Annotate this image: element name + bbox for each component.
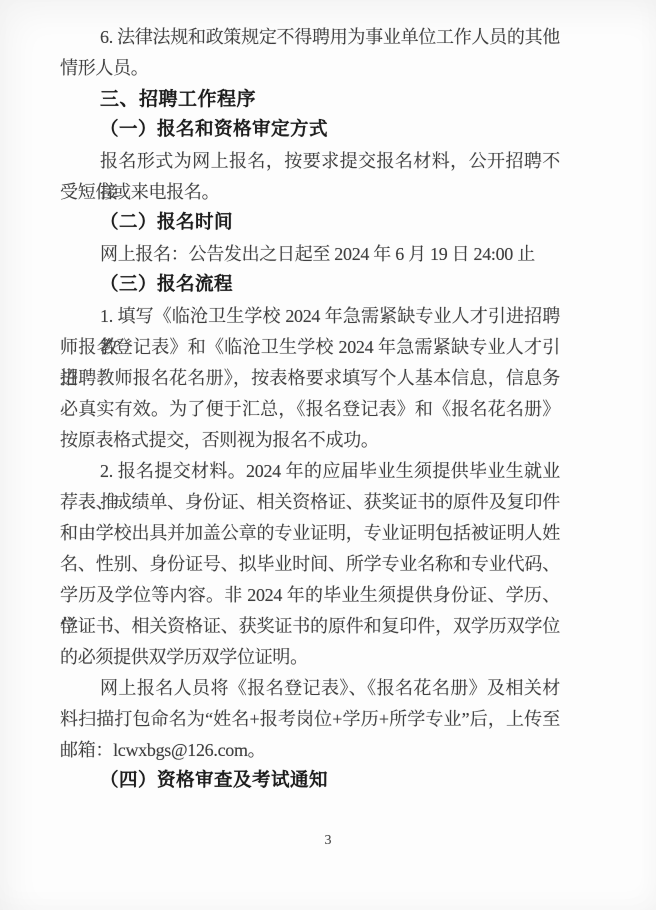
section-heading: （四）资格审查及考试通知	[60, 766, 560, 797]
text-line: 师报名登记表》和《临沧卫生学校 2024 年急需紧缺专业人才引进	[60, 332, 560, 363]
document-page: 6. 法律法规和政策规定不得聘用为事业单位工作人员的其他情形人员。三、招聘工作程…	[0, 0, 656, 910]
document-lines: 6. 法律法规和政策规定不得聘用为事业单位工作人员的其他情形人员。三、招聘工作程…	[0, 0, 656, 797]
text-line: 网上报名人员将《报名登记表》、《报名花名册》及相关材	[60, 673, 560, 704]
section-heading: （二）报名时间	[60, 208, 560, 239]
text-line: 报名形式为网上报名，按要求提交报名材料，公开招聘不接	[60, 146, 560, 177]
text-line: 学历及学位等内容。非 2024 年的毕业生须提供身份证、学历、学	[60, 580, 560, 611]
text-line: 情形人员。	[60, 53, 560, 84]
text-line: 招聘教师报名花名册》，按表格要求填写个人基本信息，信息务	[60, 363, 560, 394]
text-line: 荐表、成绩单、身份证、相关资格证、获奖证书的原件及复印件	[60, 487, 560, 518]
text-line: 必真实有效。为了便于汇总，《报名登记表》和《报名花名册》	[60, 394, 560, 425]
section-heading: （三）报名流程	[60, 270, 560, 301]
text-line: 和由学校出具并加盖公章的专业证明，专业证明包括被证明人姓	[60, 518, 560, 549]
text-line: 2. 报名提交材料。2024 年的应届毕业生须提供毕业生就业推	[60, 456, 560, 487]
text-line: 1. 填写《临沧卫生学校 2024 年急需紧缺专业人才引进招聘教	[60, 301, 560, 332]
text-line: 名、性别、身份证号、拟毕业时间、所学专业名称和专业代码、	[60, 549, 560, 580]
text-line: 受短信或来电报名。	[60, 177, 560, 208]
section-heading: （一）报名和资格审定方式	[60, 115, 560, 146]
text-line: 的必须提供双学历双学位证明。	[60, 642, 560, 673]
text-line: 料扫描打包命名为“姓名+报考岗位+学历+所学专业”后，上传至	[60, 704, 560, 735]
text-line: 6. 法律法规和政策规定不得聘用为事业单位工作人员的其他	[60, 22, 560, 53]
text-line: 位证书、相关资格证、获奖证书的原件和复印件，双学历双学位	[60, 611, 560, 642]
section-heading: 三、招聘工作程序	[60, 84, 560, 115]
page-number: 3	[0, 833, 656, 849]
text-line: 邮箱：lcwxbgs@126.com。	[60, 735, 560, 766]
text-line: 按原表格式提交，否则视为报名不成功。	[60, 425, 560, 456]
text-line: 网上报名：公告发出之日起至 2024 年 6 月 19 日 24:00 止	[60, 239, 560, 270]
